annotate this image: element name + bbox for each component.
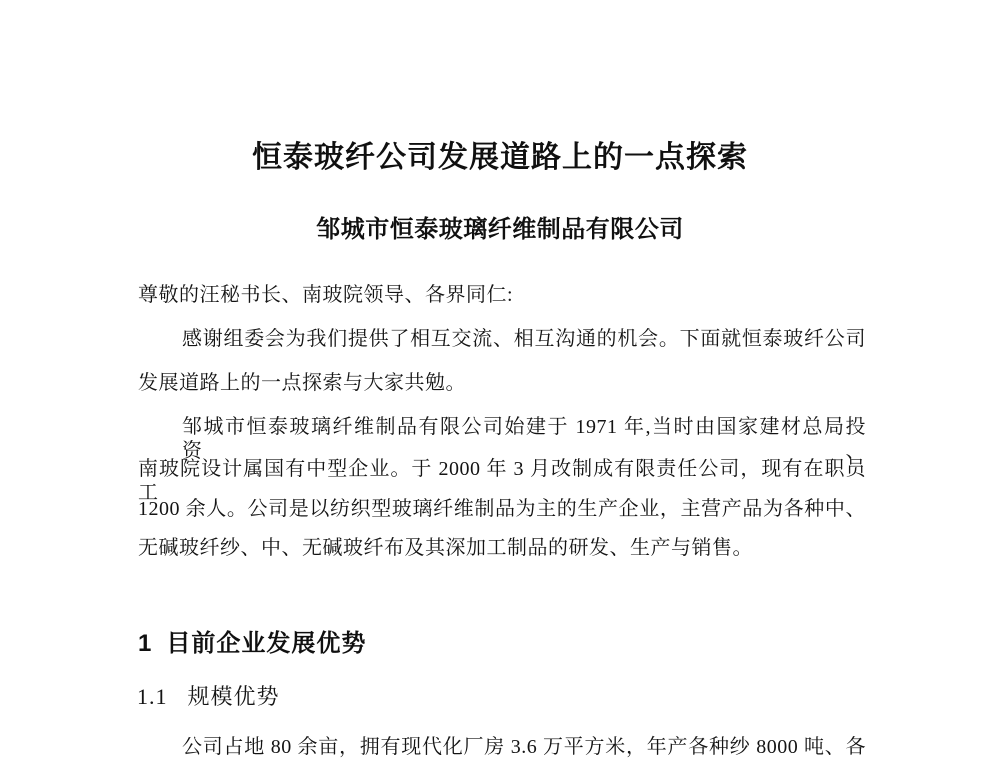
body-line: 无碱玻纤纱、中、无碱玻纤布及其深加工制品的研发、生产与销售。	[138, 536, 866, 560]
section-heading: 1目前企业发展优势	[138, 630, 366, 658]
salutation-line: 尊敬的汪秘书长、南玻院领导、各界同仁:	[138, 283, 866, 307]
section-number: 1	[138, 630, 152, 657]
body-line: 发展道路上的一点探索与大家共勉。	[138, 371, 866, 395]
body-line: 邹城市恒泰玻璃纤维制品有限公司始建于 1971 年,当时由国家建材总局投资、	[138, 415, 866, 463]
document-subtitle: 邹城市恒泰玻璃纤维制品有限公司	[0, 216, 1000, 244]
body-line: 1200 余人。公司是以纺织型玻璃纤维制品为主的生产企业，主营产品为各种中、	[138, 497, 866, 521]
document-page: 恒泰玻纤公司发展道路上的一点探索 邹城市恒泰玻璃纤维制品有限公司 尊敬的汪秘书长…	[0, 0, 1000, 760]
subsection-number: 1.1	[137, 684, 168, 709]
subsection-heading: 1.1规模优势	[137, 684, 280, 709]
body-line: 公司占地 80 余亩，拥有现代化厂房 3.6 万平方米，年产各种纱 8000 吨…	[138, 735, 866, 759]
section-title: 目前企业发展优势	[166, 630, 366, 657]
body-line: 感谢组委会为我们提供了相互交流、相互沟通的机会。下面就恒泰玻纤公司	[138, 327, 866, 351]
document-title: 恒泰玻纤公司发展道路上的一点探索	[0, 141, 1000, 176]
subsection-title: 规模优势	[188, 684, 280, 709]
